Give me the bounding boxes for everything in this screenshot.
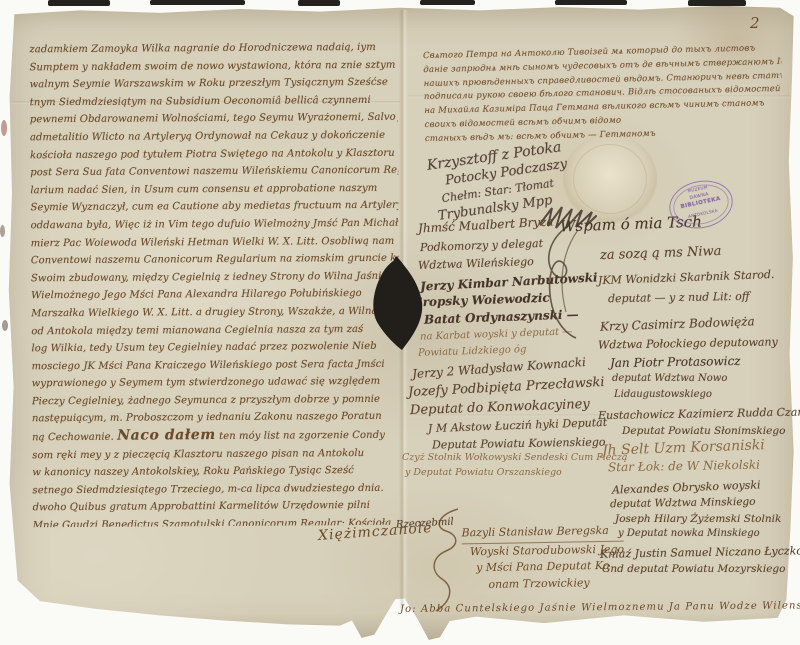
manuscript-line: oddawana była, Więc iż in Vim tego dufui… xyxy=(31,215,399,235)
page-number: 2 xyxy=(750,14,760,32)
attestation-block: Bazyli Stanisław Beregska Woyski Starodu… xyxy=(461,523,624,594)
signature: y Mści Pana Deputat Ko xyxy=(476,558,624,577)
naco-dalem-phrase: Naco dałem xyxy=(117,427,216,444)
photo-background: zadamkiem Zamoyka Wilka nagranie do Horo… xyxy=(0,0,800,645)
photo-edge-mark xyxy=(150,0,245,5)
ink-blot xyxy=(366,256,430,354)
signature: Gnd deputat Powiatu Mozyrskiego xyxy=(602,563,785,575)
signature: deputat Wdztwa Nowo xyxy=(612,373,727,384)
photo-edge-mark xyxy=(688,0,746,6)
edge-stain xyxy=(1,120,7,136)
edge-stain xyxy=(0,225,5,237)
photo-edge-mark xyxy=(48,0,110,6)
right-page-text: Свѧтого Петра на Антоколю Тивоізей мѧ ко… xyxy=(423,42,783,150)
flourish-loops xyxy=(538,222,583,342)
photo-edge-mark xyxy=(420,0,475,5)
signature: y Deputat Powiatu Orszanskiego xyxy=(405,467,562,478)
signature: Lidaugustowskiego xyxy=(614,389,712,400)
signature: Joseph Hilary Żyżemski Stolnik xyxy=(615,513,781,525)
signature: Star Łok: de W Niekolski xyxy=(608,458,760,475)
signature: deputat Wdztwa Minskiego xyxy=(610,496,756,511)
left-page-text: zadamkiem Zamoyka Wilka nagranie do Horo… xyxy=(29,39,400,528)
photo-edge-mark xyxy=(555,0,627,5)
manuscript-line: Marszałka Wielkiego W. X. Litt. a drugie… xyxy=(31,303,399,323)
manuscript-line: zadamkiem Zamoyka Wilka nagranie do Horo… xyxy=(29,39,397,59)
signature: Jan Piotr Protasowicz xyxy=(610,354,741,370)
edge-stain xyxy=(2,320,8,331)
manuscript-line: admetalitio Wlicto na Artyleryą Ordynowa… xyxy=(30,127,398,147)
manuscript-line: post Sera Sua fata Conventowi naszemu Wi… xyxy=(30,162,398,182)
manuscript-line: walnym Seymie Warszawskim w Roku przeszł… xyxy=(30,74,398,94)
signature: deputat — y z nud Lit: off xyxy=(608,290,750,305)
manuscript-line: ną Cechowanie. Naco dałem ten móy list n… xyxy=(32,426,400,447)
signature: Czyż Stolnik Wołkowyski Sendeski Cum Pie… xyxy=(402,452,627,463)
line-fragment: ten móy list na zgorzenie Condy xyxy=(216,430,385,442)
photo-edge-mark xyxy=(298,0,340,6)
manuscript-line: Conventowi naszemu Canonicorum Regulariu… xyxy=(31,250,399,270)
signature: onam Trzowickiey xyxy=(488,574,625,593)
line-fragment: ną Cechowanie. xyxy=(32,432,117,444)
signature: Deputat Powiatu Słonimskiego xyxy=(622,425,785,437)
manuscript-line: log Wilkia, tedy Usum tey Cegielniey nad… xyxy=(31,338,399,358)
signature: y Deputat nowka Minskiego xyxy=(618,528,760,539)
